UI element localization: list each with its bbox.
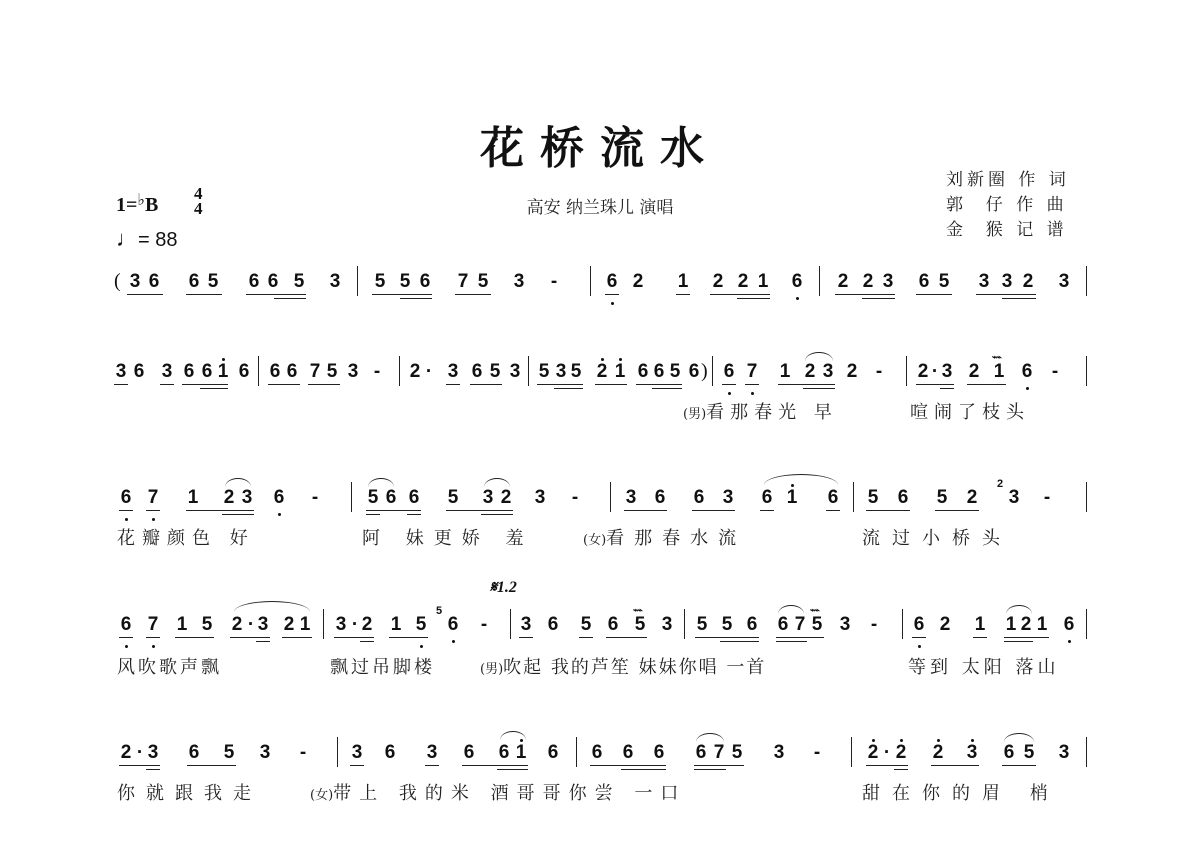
barline (819, 266, 820, 296)
lyric-line: 阿 妹更娇 羞 (362, 524, 533, 550)
note: 3 (425, 743, 439, 763)
note: 6 (590, 743, 604, 763)
note: 5 (292, 272, 306, 292)
note: 3 (1000, 272, 1014, 292)
dash: - (568, 488, 582, 508)
dash: - (477, 615, 491, 635)
note: 6 (384, 488, 398, 508)
barline (851, 737, 852, 767)
dash: - (547, 272, 561, 292)
note: 6 (826, 488, 840, 508)
underline (246, 294, 306, 295)
slur (368, 478, 394, 487)
underline (590, 765, 666, 766)
note: 6 (917, 272, 931, 292)
note: 5 (866, 488, 880, 508)
note: 5 (206, 272, 220, 292)
dash: - (1040, 488, 1054, 508)
note: 7 (745, 362, 759, 382)
note: 6 (760, 488, 774, 508)
note: 2 (845, 362, 859, 382)
note: 3 (256, 615, 270, 635)
barline (853, 482, 854, 512)
note: 2 (1021, 272, 1035, 292)
note: 1 (389, 615, 403, 635)
underline (268, 384, 300, 385)
lyric-line: 甜在你的眉 梢 (862, 779, 1060, 805)
low-octave-dot (125, 645, 128, 648)
underline (579, 637, 593, 638)
note: 2 (894, 743, 908, 763)
low-octave-dot (611, 302, 614, 305)
underline (606, 637, 647, 638)
underline (866, 510, 910, 511)
barline (1086, 266, 1087, 296)
key-signature: 1=♭B (116, 194, 158, 217)
note: 1 (216, 362, 230, 382)
note: 5 (200, 615, 214, 635)
underline (146, 510, 160, 511)
underline (760, 510, 774, 511)
barline (590, 266, 591, 296)
underline (519, 637, 533, 638)
underline (274, 298, 306, 299)
lyric-line: 流过小桥头 (862, 524, 1012, 550)
underline (160, 384, 174, 385)
note: 6 (187, 743, 201, 763)
low-octave-dot (1068, 640, 1071, 643)
underline (186, 510, 254, 511)
note: 1 (298, 615, 312, 635)
note: 2 (965, 488, 979, 508)
note: 2 (803, 362, 817, 382)
underline (114, 384, 128, 385)
lyric-line: 风吹歌声飘 (117, 653, 222, 679)
underline (605, 294, 619, 295)
underline (222, 514, 254, 515)
note: 3 (838, 615, 852, 635)
note: 5 (1022, 743, 1036, 763)
note: 6 (1062, 615, 1076, 635)
underline (912, 637, 926, 638)
underline (537, 384, 583, 385)
note: 3 (533, 488, 547, 508)
note: 5 (937, 272, 951, 292)
lyric-line: (男)吹起 我的芦笙 妹妹你唱 一首 (480, 653, 766, 679)
barline (1086, 609, 1087, 639)
lyricist-credit: 刘新圈 作 词 (946, 168, 1070, 193)
key-note: B (145, 194, 158, 216)
note: 2 (360, 615, 374, 635)
note: 5 (695, 615, 709, 635)
lyric-text: 飘过吊脚楼 (330, 657, 435, 678)
slur (764, 474, 838, 485)
underline (967, 384, 1006, 385)
note: 6 (1002, 743, 1016, 763)
note: 7 (146, 488, 160, 508)
note: 2 (1019, 615, 1033, 635)
underline (778, 384, 835, 385)
note: 5 (446, 488, 460, 508)
barline (1086, 737, 1087, 767)
underline (446, 510, 513, 511)
note: 3 (240, 488, 254, 508)
note: 6 (272, 488, 286, 508)
slur (234, 601, 310, 612)
barline (528, 356, 529, 386)
slur (225, 478, 251, 487)
slur (778, 605, 804, 614)
underline (366, 514, 380, 515)
note: 7 (146, 615, 160, 635)
lyric-line: 等到 太阳 落山 (908, 653, 1059, 679)
note: 6 (546, 743, 560, 763)
underline (692, 510, 735, 511)
dot-extension: · (880, 743, 894, 763)
note: 6 (636, 362, 650, 382)
role-label: (男) (683, 407, 706, 422)
mordent-icon: ⌁⌁ (810, 605, 819, 616)
note: 3 (328, 272, 342, 292)
note: 1 (778, 362, 792, 382)
note: 1 (175, 615, 189, 635)
note: 6 (912, 615, 926, 635)
grace-note: 2 (997, 478, 1003, 490)
note: 6 (247, 272, 261, 292)
note: 6 (182, 362, 196, 382)
note: 2 (866, 743, 880, 763)
high-octave-dot (971, 739, 974, 742)
note: 6 (546, 615, 560, 635)
dot-extension: · (133, 743, 147, 763)
note: 6 (687, 362, 701, 382)
note: 2 (119, 743, 133, 763)
underline (931, 765, 979, 766)
note: 5 (476, 272, 490, 292)
underline (826, 510, 840, 511)
barline (351, 482, 352, 512)
barline (510, 609, 511, 639)
underline (481, 514, 513, 515)
close-paren: ) (701, 360, 708, 383)
underline (146, 769, 160, 770)
lyric-line: (女)看那春水流 (583, 524, 746, 550)
note: 1 (514, 743, 528, 763)
underline (1004, 641, 1033, 642)
underline (200, 388, 228, 389)
note: 6 (268, 362, 282, 382)
note: 3 (721, 488, 735, 508)
underline (127, 294, 163, 295)
note: 6 (200, 362, 214, 382)
dash: - (867, 615, 881, 635)
note: 6 (132, 362, 146, 382)
low-octave-dot (918, 645, 921, 648)
note: 2 (408, 362, 422, 382)
note: 6 (722, 362, 736, 382)
note: 3 (446, 362, 460, 382)
underline (745, 384, 759, 385)
underline (497, 769, 528, 770)
mordent-icon: ⌁⌁ (633, 605, 642, 616)
underline (446, 384, 460, 385)
underline (776, 637, 824, 638)
note: 3 (940, 362, 954, 382)
lyric-text: 看那春水流 (606, 528, 746, 549)
time-signature: 4 4 (194, 186, 203, 216)
note: 3 (1057, 743, 1071, 763)
note: 2 (711, 272, 725, 292)
note: 2 (595, 362, 609, 382)
note: 3 (258, 743, 272, 763)
underline (916, 294, 952, 295)
note: 3 (554, 362, 568, 382)
underline (710, 294, 770, 295)
note: 1 (973, 615, 987, 635)
lyric-text: 甜在你的眉 梢 (862, 783, 1060, 804)
note: 1 (1035, 615, 1049, 635)
underline (350, 765, 364, 766)
note: 3 (350, 743, 364, 763)
underline (187, 765, 236, 766)
barline (684, 609, 685, 639)
quarter-note-icon: ♩ (116, 226, 138, 251)
lyric-line: (男)看那春光 早 (683, 398, 838, 424)
underline (1002, 765, 1036, 766)
underline (866, 765, 908, 766)
barline (712, 356, 713, 386)
note: 6 (497, 743, 511, 763)
segno-marking: 𝄋1.2 (490, 579, 517, 597)
lyric-text: 喧闹了枝头 (910, 402, 1030, 423)
underline (256, 641, 270, 642)
note: 5 (537, 362, 551, 382)
underline (940, 388, 954, 389)
note: 3 (481, 488, 495, 508)
underline (119, 765, 160, 766)
grace-note: 5 (436, 605, 442, 617)
open-paren: ( (114, 270, 121, 293)
note: 2 (631, 272, 645, 292)
lyric-text: 你就跟我走 (117, 783, 262, 804)
note: 1 (676, 272, 690, 292)
lyric-line: 花瓣颜色 好 (117, 524, 255, 550)
barline (399, 356, 400, 386)
note: 2 (861, 272, 875, 292)
lyric-text: 流过小桥头 (862, 528, 1012, 549)
note: 6 (147, 272, 161, 292)
low-octave-dot (125, 518, 128, 521)
lyric-line: (女)带上 我的米 酒哥哥你尝 一口 (310, 779, 686, 805)
note: 2 (967, 362, 981, 382)
high-octave-dot (937, 739, 940, 742)
note: 6 (462, 743, 476, 763)
underline (624, 510, 667, 511)
note: 1 (613, 362, 627, 382)
lyric-line: 飘过吊脚楼 (330, 653, 435, 679)
note: 5 (373, 272, 387, 292)
note: 3 (128, 272, 142, 292)
lyric-text: 吹起 我的芦笙 妹妹你唱 一首 (503, 657, 766, 678)
note: 6 (285, 362, 299, 382)
lyric-text: 阿 妹更娇 羞 (362, 528, 533, 549)
underline (595, 384, 627, 385)
underline (694, 765, 744, 766)
low-octave-dot (751, 392, 754, 395)
underline (119, 637, 133, 638)
note: 6 (621, 743, 635, 763)
note: 6 (470, 362, 484, 382)
note: 5 (414, 615, 428, 635)
barline (902, 609, 903, 639)
barline (576, 737, 577, 767)
underline (425, 765, 439, 766)
key-tonic: 1= (116, 194, 137, 216)
note: 3 (1007, 488, 1021, 508)
underline (282, 637, 312, 638)
tempo-marking: ♩= 88 (116, 226, 177, 252)
note: 3 (512, 272, 526, 292)
underline (230, 637, 270, 638)
underline (776, 641, 807, 642)
credits-block: 刘新圈 作 词 郭 仔 作 曲 金 猴 记 谱 (946, 168, 1070, 243)
note: 6 (652, 743, 666, 763)
note: 6 (653, 488, 667, 508)
note: 1 (992, 362, 1006, 382)
high-octave-dot (619, 358, 622, 361)
underline (372, 294, 432, 295)
lyric-line: 你就跟我走 (117, 779, 262, 805)
barline (1086, 356, 1087, 386)
note: 3 (660, 615, 674, 635)
underline (1004, 637, 1049, 638)
barline (906, 356, 907, 386)
underline (554, 388, 583, 389)
note: 5 (730, 743, 744, 763)
low-octave-dot (796, 297, 799, 300)
note: 2 (230, 615, 244, 635)
note: 3 (965, 743, 979, 763)
note: 5 (222, 743, 236, 763)
note: 3 (772, 743, 786, 763)
role-label: (女) (583, 533, 606, 548)
note: 1 (1004, 615, 1018, 635)
lyric-text: 花瓣颜色 好 (117, 528, 255, 549)
note: 7 (456, 272, 470, 292)
note: 6 (692, 488, 706, 508)
note: 5 (398, 272, 412, 292)
barline (337, 737, 338, 767)
note: 3 (334, 615, 348, 635)
note: 5 (325, 362, 339, 382)
note: 2 (836, 272, 850, 292)
high-octave-dot (601, 358, 604, 361)
underline (720, 641, 759, 642)
note: 6 (119, 488, 133, 508)
note: 5 (935, 488, 949, 508)
underline (636, 384, 682, 385)
high-octave-dot (872, 739, 875, 742)
note: 6 (237, 362, 251, 382)
note: 6 (652, 362, 666, 382)
note: 1 (186, 488, 200, 508)
lyric-text: 带上 我的米 酒哥哥你尝 一口 (333, 783, 686, 804)
underline (389, 637, 428, 638)
underline (694, 769, 726, 770)
slur (1004, 733, 1034, 742)
note: 3 (146, 743, 160, 763)
slur (696, 733, 724, 742)
underline (182, 384, 228, 385)
note: 5 (633, 615, 647, 635)
slur (805, 352, 833, 361)
barline (258, 356, 259, 386)
slur (1006, 605, 1032, 614)
note: 3 (881, 272, 895, 292)
underline (676, 294, 690, 295)
role-label: (女) (310, 788, 333, 803)
low-octave-dot (1026, 387, 1029, 390)
note: 2 (736, 272, 750, 292)
underline (400, 298, 432, 299)
lyric-text: 看那春光 早 (706, 402, 838, 423)
dash: - (810, 743, 824, 763)
dash: - (1048, 362, 1062, 382)
note: 7 (712, 743, 726, 763)
note: 6 (446, 615, 460, 635)
underline (862, 298, 895, 299)
note: 6 (1020, 362, 1034, 382)
underline (722, 384, 736, 385)
note: 6 (790, 272, 804, 292)
underline (652, 388, 682, 389)
low-octave-dot (420, 645, 423, 648)
dash: - (308, 488, 322, 508)
low-octave-dot (278, 513, 281, 516)
barline (610, 482, 611, 512)
note: 3 (519, 615, 533, 635)
dash: - (872, 362, 886, 382)
underline (146, 637, 160, 638)
underline (334, 637, 374, 638)
high-octave-dot (222, 358, 225, 361)
note: 6 (266, 272, 280, 292)
note: 7 (793, 615, 807, 635)
note: 3 (1057, 272, 1071, 292)
note: 5 (366, 488, 380, 508)
underline (455, 294, 491, 295)
underline (695, 637, 759, 638)
note: 6 (119, 615, 133, 635)
underline (973, 637, 987, 638)
note: 6 (407, 488, 421, 508)
underline (308, 384, 340, 385)
note: 6 (776, 615, 790, 635)
transcriber-credit: 金 猴 记 谱 (946, 218, 1070, 243)
lyric-text: 等到 太阳 落山 (908, 657, 1059, 678)
note: 5 (720, 615, 734, 635)
note: 5 (488, 362, 502, 382)
note: 2 (931, 743, 945, 763)
note: 1 (785, 488, 799, 508)
note: 6 (605, 272, 619, 292)
note: 5 (810, 615, 824, 635)
note: 2 (938, 615, 952, 635)
tempo-value: = 88 (138, 229, 177, 251)
dash: - (370, 362, 384, 382)
note: 3 (160, 362, 174, 382)
role-label: (男) (480, 662, 503, 677)
